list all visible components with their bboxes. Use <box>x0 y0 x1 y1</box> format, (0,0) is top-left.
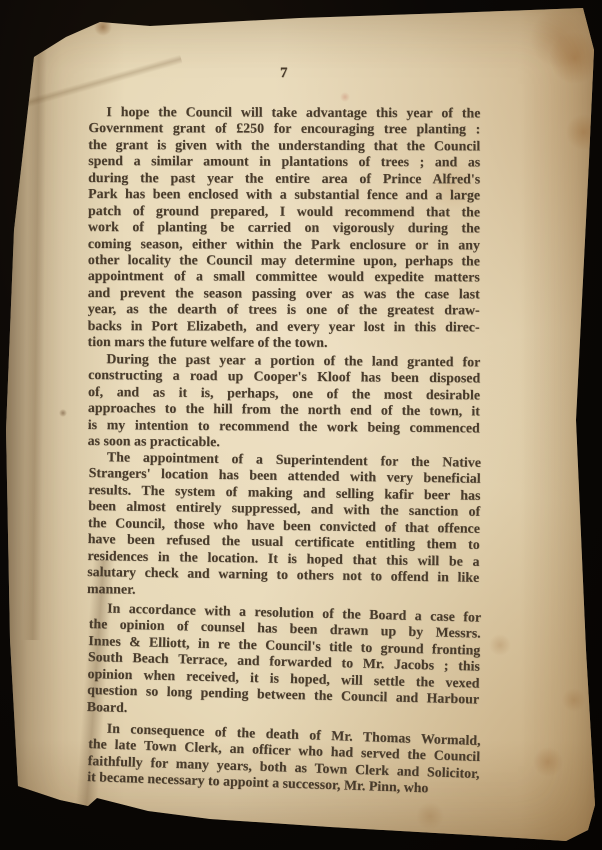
paragraph: The appointment of a Superintendent for … <box>87 449 481 603</box>
printed-text-area: 7 I hope the Council will take advantage… <box>88 64 480 786</box>
text-line: backs in Port Elizabeth, and every year … <box>88 318 480 336</box>
text-line: coming season, either within the Park en… <box>88 235 480 253</box>
text-line: work of planting be carried on vigorousl… <box>88 219 480 237</box>
text-line: year, as the dearth of trees is one of t… <box>88 301 480 319</box>
text-line: Government grant of £250 for encouraging… <box>88 120 480 138</box>
text-line: Park has been enclosed with a substantia… <box>88 186 480 204</box>
photo-backdrop: 7 I hope the Council will take advantage… <box>0 0 602 850</box>
text-line: during the past year the entire area of … <box>88 170 480 188</box>
text-line: other locality the Council may determine… <box>88 252 480 270</box>
paragraph: In consequence of the death of Mr. Thoma… <box>87 720 481 799</box>
text-line: and prevent the season passing over as w… <box>88 285 480 303</box>
text-line: tion mars the future welfare of the town… <box>88 334 480 352</box>
text-block: I hope the Council will take advantage t… <box>88 104 480 786</box>
paragraph: During the past year a portion of the la… <box>88 351 481 453</box>
text-line: the grant is given with the understandin… <box>88 137 480 155</box>
paragraph: I hope the Council will take advantage t… <box>88 104 481 352</box>
page-number: 7 <box>88 64 480 82</box>
text-line: patch of ground prepared, I would recomm… <box>88 203 480 221</box>
book-page: 7 I hope the Council will take advantage… <box>0 0 602 850</box>
text-line: appointment of a small committee would e… <box>88 268 480 286</box>
paragraph: In accordance with a resolution of the B… <box>87 600 482 725</box>
page-gutter-crease <box>23 40 47 640</box>
text-line: I hope the Council will take advantage t… <box>88 104 480 122</box>
text-line: spend a similar amount in plantations of… <box>88 153 480 171</box>
